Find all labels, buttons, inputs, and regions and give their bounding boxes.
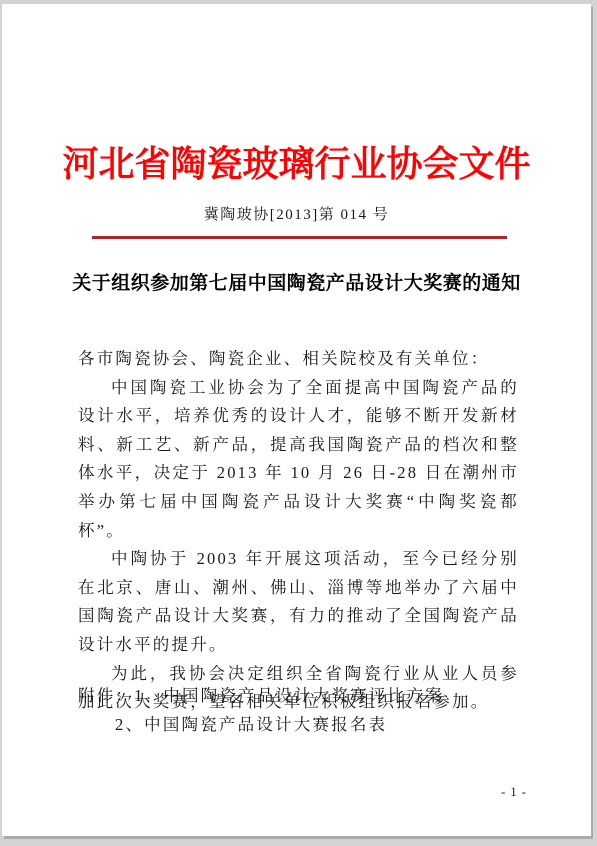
attachment-item-1-text: 1、中国陶瓷产品设计大奖赛评比方案 xyxy=(134,686,444,705)
page-number: - 1 - xyxy=(488,785,540,800)
document-page: 河北省陶瓷玻璃行业协会文件 冀陶玻协[2013]第 014 号 关于组织参加第七… xyxy=(2,4,591,836)
document-subject-title: 关于组织参加第七届中国陶瓷产品设计大奖赛的通知 xyxy=(2,270,591,298)
document-body: 各市陶瓷协会、陶瓷企业、相关院校及有关单位： 中国陶瓷工业协会为了全面提高中国陶… xyxy=(78,345,519,717)
body-paragraph-1: 中国陶瓷工业协会为了全面提高中国陶瓷产品的设计水平，培养优秀的设计人才，能够不断… xyxy=(78,374,519,546)
red-divider-line xyxy=(92,236,507,239)
attachments-label: 附件： xyxy=(78,686,134,705)
attachment-item-2: 2、中国陶瓷产品设计大赛报名表 xyxy=(78,710,519,739)
attachment-item-1: 附件：1、中国陶瓷产品设计大奖赛评比方案 xyxy=(78,681,519,710)
salutation-line: 各市陶瓷协会、陶瓷企业、相关院校及有关单位： xyxy=(78,345,519,374)
attachments-block: 附件：1、中国陶瓷产品设计大奖赛评比方案 2、中国陶瓷产品设计大赛报名表 xyxy=(78,681,519,739)
document-number: 冀陶玻协[2013]第 014 号 xyxy=(2,204,591,226)
org-header-title: 河北省陶瓷玻璃行业协会文件 xyxy=(2,141,591,187)
body-paragraph-2: 中陶协于 2003 年开展这项活动，至今已经分别在北京、唐山、潮州、佛山、淄博等… xyxy=(78,545,519,659)
